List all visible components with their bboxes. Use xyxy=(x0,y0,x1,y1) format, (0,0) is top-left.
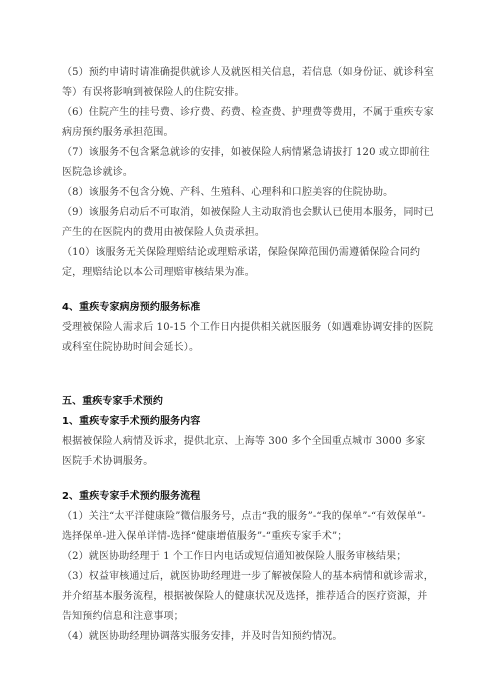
list-item: （6）住院产生的挂号费、诊疗费、药费、检查费、护理费等费用，不属于重疾专家病房预… xyxy=(62,103,434,143)
section-heading: 4、重疾专家病房预约服务标准 xyxy=(62,298,434,318)
paragraph: 受理被保险人需求后 10-15 个工作日内提供相关就医服务（如遇难协调安排的医院… xyxy=(62,318,434,358)
chapter-title: 五、重疾专家手术预约 xyxy=(62,392,434,412)
list-item: （3）权益审核通过后，就医协助经理进一步了解被保险人的基本病情和就诊需求，并介绍… xyxy=(62,567,434,627)
document-page: （5）预约申请时请准确提供就诊人及就医相关信息，若信息（如身份证、就诊科室等）有… xyxy=(62,63,434,647)
spacer xyxy=(62,358,434,392)
list-item: （1）关注“太平洋健康险”微信服务号，点击“我的服务”-“我的保单”-“有效保单… xyxy=(62,507,434,547)
spacer xyxy=(62,283,434,298)
list-item: （2）就医协助经理于 1 个工作日内电话或短信通知被保险人服务审核结果； xyxy=(62,547,434,567)
section-heading: 2、重疾专家手术预约服务流程 xyxy=(62,487,434,507)
list-item: （7）该服务不包含紧急就诊的安排，如被保险人病情紧急请拔打 120 或立即前往医… xyxy=(62,143,434,183)
list-item: （5）预约申请时请准确提供就诊人及就医相关信息，若信息（如身份证、就诊科室等）有… xyxy=(62,63,434,103)
spacer xyxy=(62,472,434,487)
paragraph: 根据被保险人病情及诉求，提供北京、上海等 300 多个全国重点城市 3000 多… xyxy=(62,432,434,472)
list-item: （10）该服务无关保险理赔结论或理赔承诺，保险保障范围仍需遵循保险合同约定，理赔… xyxy=(62,243,434,283)
list-item: （8）该服务不包含分娩、产科、生殖科、心理科和口腔美容的住院协助。 xyxy=(62,183,434,203)
list-item: （9）该服务启动后不可取消，如被保险人主动取消也会默认已使用本服务，同时已产生的… xyxy=(62,203,434,243)
section-heading: 1、重疾专家手术预约服务内容 xyxy=(62,412,434,432)
list-item: （4）就医协助经理协调落实服务安排，并及时告知预约情况。 xyxy=(62,627,434,647)
